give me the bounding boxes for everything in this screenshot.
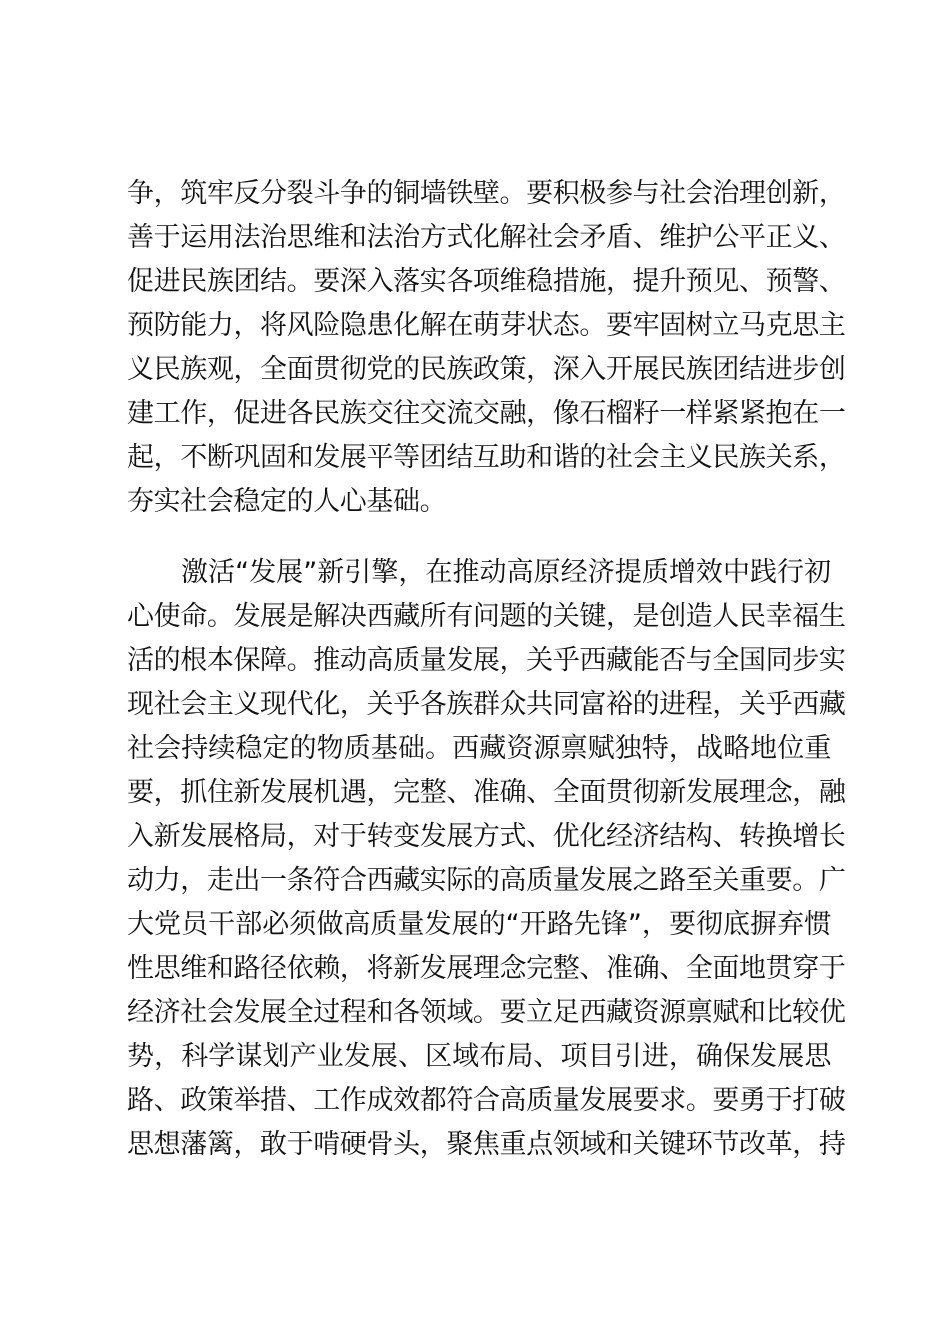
text-line: 夯实社会稳定的人心基础。 bbox=[127, 480, 831, 524]
text-line: 入新发展格局，对于转变发展方式、优化经济结构、转换增长 bbox=[127, 815, 831, 859]
text-line: 路、政策举措、工作成效都符合高质量发展要求。要勇于打破 bbox=[127, 1079, 831, 1123]
paragraph-2: 激活“发展”新引擎，在推动高原经济提质增效中践行初 心使命。发展是解决西藏所有问… bbox=[127, 551, 831, 1167]
document-page: 争，筑牢反分裂斗争的铜墙铁壁。要积极参与社会治理创新， 善于运用法治思维和法治方… bbox=[127, 172, 831, 1167]
text-line: 善于运用法治思维和法治方式化解社会矛盾、维护公平正义、 bbox=[127, 216, 831, 260]
text-line: 现社会主义现代化，关乎各族群众共同富裕的进程，关乎西藏 bbox=[127, 683, 831, 727]
text-line: 要，抓住新发展机遇，完整、准确、全面贯彻新发展理念，融 bbox=[127, 771, 831, 815]
text-line: 势，科学谋划产业发展、区域布局、项目引进，确保发展思 bbox=[127, 1035, 831, 1079]
paragraph-spacer bbox=[127, 524, 831, 551]
text-line: 义民族观，全面贯彻党的民族政策，深入开展民族团结进步创 bbox=[127, 348, 831, 392]
text-line: 起，不断巩固和发展平等团结互助和谐的社会主义民族关系， bbox=[127, 436, 831, 480]
text-line: 活的根本保障。推动高质量发展，关乎西藏能否与全国同步实 bbox=[127, 639, 831, 683]
text-line: 经济社会发展全过程和各领域。要立足西藏资源禀赋和比较优 bbox=[127, 991, 831, 1035]
text-line: 建工作，促进各民族交往交流交融，像石榴籽一样紧紧抱在一 bbox=[127, 392, 831, 436]
text-line: 大党员干部必须做高质量发展的“开路先锋”，要彻底摒弃惯 bbox=[127, 903, 831, 947]
text-line: 社会持续稳定的物质基础。西藏资源禀赋独特，战略地位重 bbox=[127, 727, 831, 771]
text-line: 心使命。发展是解决西藏所有问题的关键，是创造人民幸福生 bbox=[127, 595, 831, 639]
text-line: 促进民族团结。要深入落实各项维稳措施，提升预见、预警、 bbox=[127, 260, 831, 304]
text-line: 动力，走出一条符合西藏实际的高质量发展之路至关重要。广 bbox=[127, 859, 831, 903]
text-line: 思想藩篱，敢于啃硬骨头，聚焦重点领域和关键环节改革，持 bbox=[127, 1123, 831, 1167]
text-line: 争，筑牢反分裂斗争的铜墙铁壁。要积极参与社会治理创新， bbox=[127, 172, 831, 216]
text-line: 性思维和路径依赖，将新发展理念完整、准确、全面地贯穿于 bbox=[127, 947, 831, 991]
text-line-first: 激活“发展”新引擎，在推动高原经济提质增效中践行初 bbox=[127, 551, 831, 595]
text-line: 预防能力，将风险隐患化解在萌芽状态。要牢固树立马克思主 bbox=[127, 304, 831, 348]
paragraph-1: 争，筑牢反分裂斗争的铜墙铁壁。要积极参与社会治理创新， 善于运用法治思维和法治方… bbox=[127, 172, 831, 524]
